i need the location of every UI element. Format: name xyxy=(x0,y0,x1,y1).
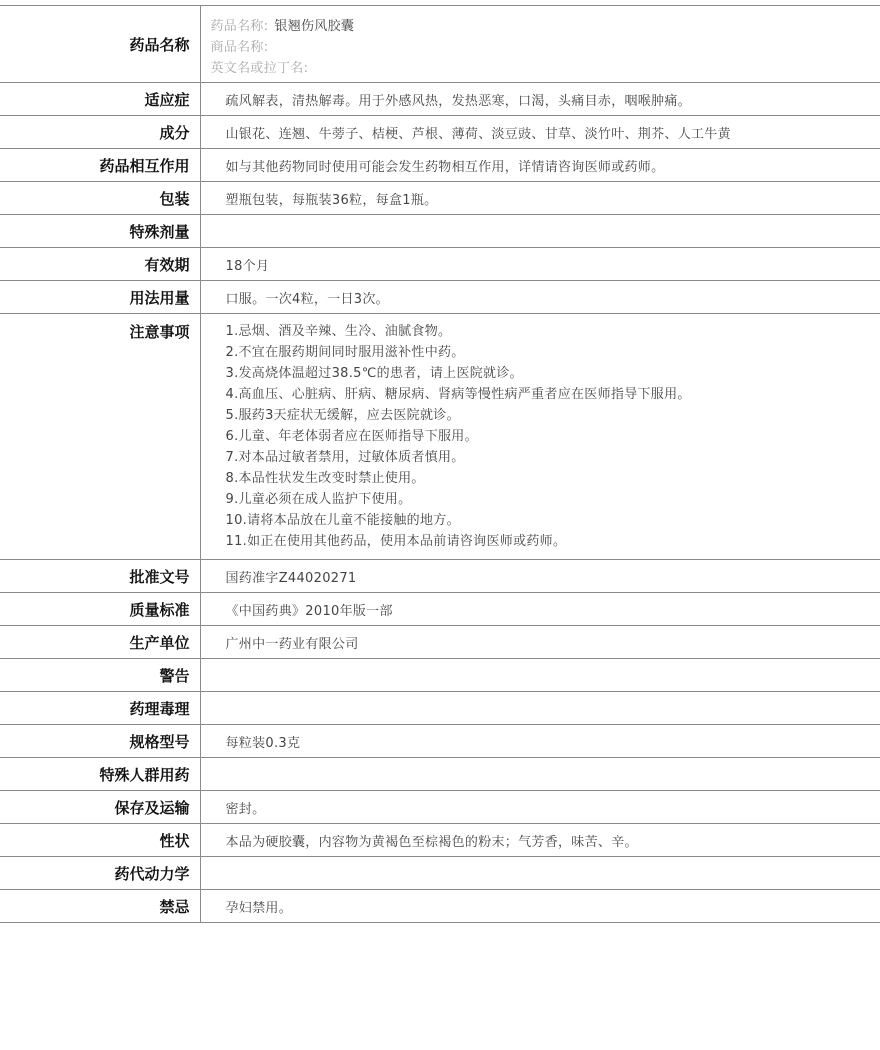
precaution-item: 6.儿童、年老体弱者应在医师指导下服用。 xyxy=(226,426,880,447)
row-drug-name: 药品名称 药品名称:银翘伤风胶囊 商品名称: 英文名或拉丁名: xyxy=(0,6,880,83)
value-special-dosage xyxy=(200,215,880,248)
precaution-item: 9.儿童必须在成人监护下使用。 xyxy=(226,489,880,510)
value-warning xyxy=(200,659,880,692)
trade-name-line: 商品名称: xyxy=(211,37,880,58)
label-contraindications: 禁忌 xyxy=(0,890,200,923)
value-ingredients: 山银花、连翘、牛蒡子、桔梗、芦根、薄荷、淡豆豉、甘草、淡竹叶、荆芥、人工牛黄 xyxy=(200,116,880,149)
value-pharmacokinetics xyxy=(200,857,880,890)
drug-spec-table: 药品名称 药品名称:银翘伤风胶囊 商品名称: 英文名或拉丁名: 适应症 疏风解表… xyxy=(0,5,880,923)
label-storage-transport: 保存及运输 xyxy=(0,791,200,824)
value-usage-dosage: 口服。一次4粒，一日3次。 xyxy=(200,281,880,314)
label-drug-name: 药品名称 xyxy=(0,6,200,83)
value-specification: 每粒装0.3克 xyxy=(200,725,880,758)
row-shelf-life: 有效期 18个月 xyxy=(0,248,880,281)
value-packaging: 塑瓶包装，每瓶装36粒，每盒1瓶。 xyxy=(200,182,880,215)
row-special-dosage: 特殊剂量 xyxy=(0,215,880,248)
label-specification: 规格型号 xyxy=(0,725,200,758)
precautions-list: 1.忌烟、酒及辛辣、生冷、油腻食物。 2.不宜在服药期间同时服用滋补性中药。 3… xyxy=(226,316,880,557)
row-interactions: 药品相互作用 如与其他药物同时使用可能会发生药物相互作用，详情请咨询医师或药师。 xyxy=(0,149,880,182)
row-approval-number: 批准文号 国药准字Z44020271 xyxy=(0,560,880,593)
precaution-item: 5.服药3天症状无缓解，应去医院就诊。 xyxy=(226,405,880,426)
row-warning: 警告 xyxy=(0,659,880,692)
precaution-item: 8.本品性状发生改变时禁止使用。 xyxy=(226,468,880,489)
label-description: 性状 xyxy=(0,824,200,857)
row-manufacturer: 生产单位 广州中一药业有限公司 xyxy=(0,626,880,659)
value-special-populations xyxy=(200,758,880,791)
label-packaging: 包装 xyxy=(0,182,200,215)
precaution-item: 4.高血压、心脏病、肝病、糖尿病、肾病等慢性病严重者应在医师指导下服用。 xyxy=(226,384,880,405)
value-contraindications: 孕妇禁用。 xyxy=(200,890,880,923)
trade-name-key: 商品名称: xyxy=(211,40,269,55)
label-shelf-life: 有效期 xyxy=(0,248,200,281)
generic-name-value: 银翘伤风胶囊 xyxy=(274,19,354,34)
row-pharmacology-toxicology: 药理毒理 xyxy=(0,692,880,725)
label-ingredients: 成分 xyxy=(0,116,200,149)
precaution-item: 1.忌烟、酒及辛辣、生冷、油腻食物。 xyxy=(226,321,880,342)
value-approval-number: 国药准字Z44020271 xyxy=(200,560,880,593)
label-indications: 适应症 xyxy=(0,83,200,116)
generic-name-line: 药品名称:银翘伤风胶囊 xyxy=(211,16,880,37)
label-precautions: 注意事项 xyxy=(0,314,200,560)
value-manufacturer: 广州中一药业有限公司 xyxy=(200,626,880,659)
row-indications: 适应症 疏风解表，清热解毒。用于外感风热，发热恶寒，口渴，头痛目赤，咽喉肿痛。 xyxy=(0,83,880,116)
precaution-item: 7.对本品过敏者禁用，过敏体质者慎用。 xyxy=(226,447,880,468)
latin-name-key: 英文名或拉丁名: xyxy=(211,61,309,76)
value-interactions: 如与其他药物同时使用可能会发生药物相互作用，详情请咨询医师或药师。 xyxy=(200,149,880,182)
value-drug-name: 药品名称:银翘伤风胶囊 商品名称: 英文名或拉丁名: xyxy=(200,6,880,83)
value-storage-transport: 密封。 xyxy=(200,791,880,824)
value-description: 本品为硬胶囊，内容物为黄褐色至棕褐色的粉末；气芳香，味苦、辛。 xyxy=(200,824,880,857)
label-special-dosage: 特殊剂量 xyxy=(0,215,200,248)
row-pharmacokinetics: 药代动力学 xyxy=(0,857,880,890)
row-packaging: 包装 塑瓶包装，每瓶装36粒，每盒1瓶。 xyxy=(0,182,880,215)
precaution-item: 3.发高烧体温超过38.5℃的患者，请上医院就诊。 xyxy=(226,363,880,384)
value-quality-standard: 《中国药典》2010年版一部 xyxy=(200,593,880,626)
value-shelf-life: 18个月 xyxy=(200,248,880,281)
label-quality-standard: 质量标准 xyxy=(0,593,200,626)
label-interactions: 药品相互作用 xyxy=(0,149,200,182)
precaution-item: 2.不宜在服药期间同时服用滋补性中药。 xyxy=(226,342,880,363)
row-description: 性状 本品为硬胶囊，内容物为黄褐色至棕褐色的粉末；气芳香，味苦、辛。 xyxy=(0,824,880,857)
label-special-populations: 特殊人群用药 xyxy=(0,758,200,791)
row-ingredients: 成分 山银花、连翘、牛蒡子、桔梗、芦根、薄荷、淡豆豉、甘草、淡竹叶、荆芥、人工牛… xyxy=(0,116,880,149)
generic-name-key: 药品名称: xyxy=(211,19,269,34)
precaution-item: 10.请将本品放在儿童不能接触的地方。 xyxy=(226,510,880,531)
label-pharmacology-toxicology: 药理毒理 xyxy=(0,692,200,725)
value-pharmacology-toxicology xyxy=(200,692,880,725)
value-precautions: 1.忌烟、酒及辛辣、生冷、油腻食物。 2.不宜在服药期间同时服用滋补性中药。 3… xyxy=(200,314,880,560)
latin-name-line: 英文名或拉丁名: xyxy=(211,58,880,79)
label-pharmacokinetics: 药代动力学 xyxy=(0,857,200,890)
label-warning: 警告 xyxy=(0,659,200,692)
row-usage-dosage: 用法用量 口服。一次4粒，一日3次。 xyxy=(0,281,880,314)
row-quality-standard: 质量标准 《中国药典》2010年版一部 xyxy=(0,593,880,626)
row-contraindications: 禁忌 孕妇禁用。 xyxy=(0,890,880,923)
value-indications: 疏风解表，清热解毒。用于外感风热，发热恶寒，口渴，头痛目赤，咽喉肿痛。 xyxy=(200,83,880,116)
row-storage-transport: 保存及运输 密封。 xyxy=(0,791,880,824)
row-specification: 规格型号 每粒装0.3克 xyxy=(0,725,880,758)
row-special-populations: 特殊人群用药 xyxy=(0,758,880,791)
label-manufacturer: 生产单位 xyxy=(0,626,200,659)
label-usage-dosage: 用法用量 xyxy=(0,281,200,314)
label-approval-number: 批准文号 xyxy=(0,560,200,593)
precaution-item: 11.如正在使用其他药品，使用本品前请咨询医师或药师。 xyxy=(226,531,880,552)
row-precautions: 注意事项 1.忌烟、酒及辛辣、生冷、油腻食物。 2.不宜在服药期间同时服用滋补性… xyxy=(0,314,880,560)
